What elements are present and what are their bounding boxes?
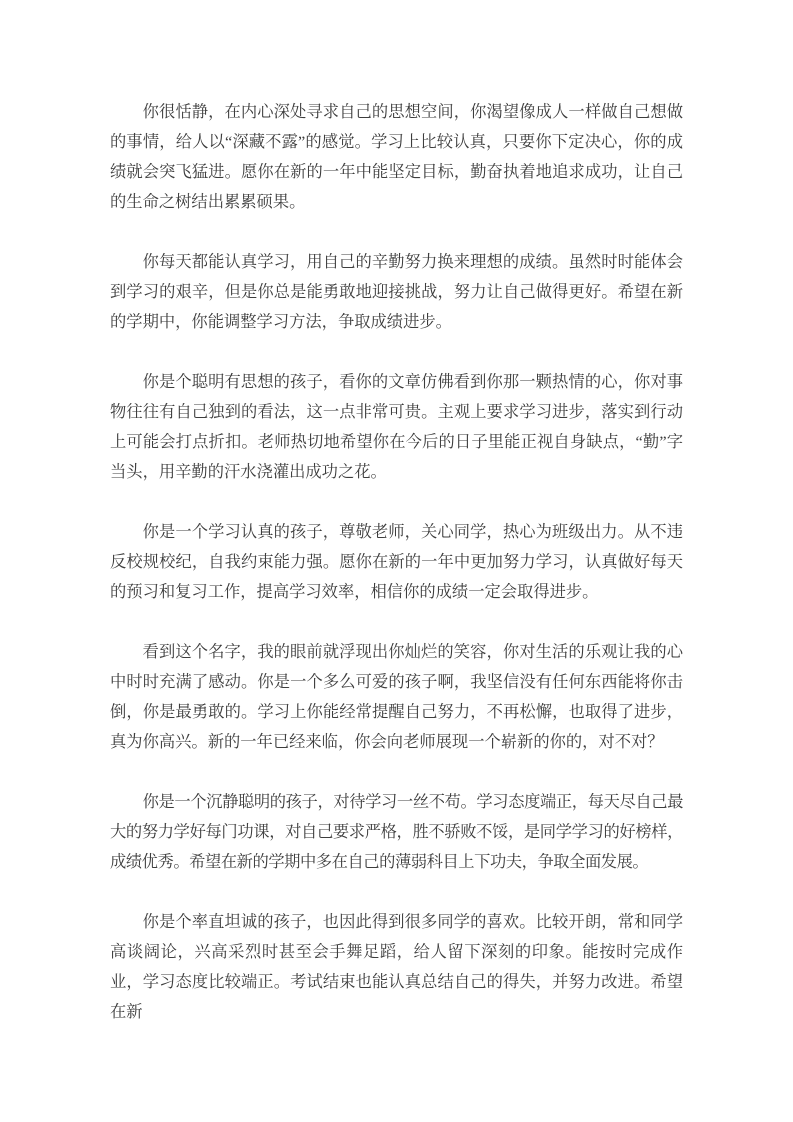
document-page: 你很恬静，在内心深处寻求自己的思想空间，你渴望像成人一样做自己想做的事情，给人以… — [0, 0, 793, 1122]
paragraph-comment-5: 看到这个名字，我的眼前就浮现出你灿烂的笑容，你对生活的乐观让我的心中时时充满了感… — [110, 637, 683, 757]
paragraph-comment-1: 你很恬静，在内心深处寻求自己的思想空间，你渴望像成人一样做自己想做的事情，给人以… — [110, 97, 683, 217]
paragraph-comment-6: 你是一个沉静聪明的孩子，对待学习一丝不苟。学习态度端正，每天尽自己最大的努力学好… — [110, 787, 683, 877]
paragraph-comment-2: 你每天都能认真学习，用自己的辛勤努力换来理想的成绩。虽然时时能体会到学习的艰辛，… — [110, 247, 683, 337]
paragraph-comment-4: 你是一个学习认真的孩子，尊敬老师，关心同学，热心为班级出力。从不违反校规校纪，自… — [110, 517, 683, 607]
paragraph-comment-3: 你是个聪明有思想的孩子，看你的文章仿佛看到你那一颗热情的心，你对事物往往有自己独… — [110, 367, 683, 487]
paragraph-comment-7: 你是个率直坦诚的孩子，也因此得到很多同学的喜欢。比较开朗，常和同学高谈阔论，兴高… — [110, 907, 683, 1027]
